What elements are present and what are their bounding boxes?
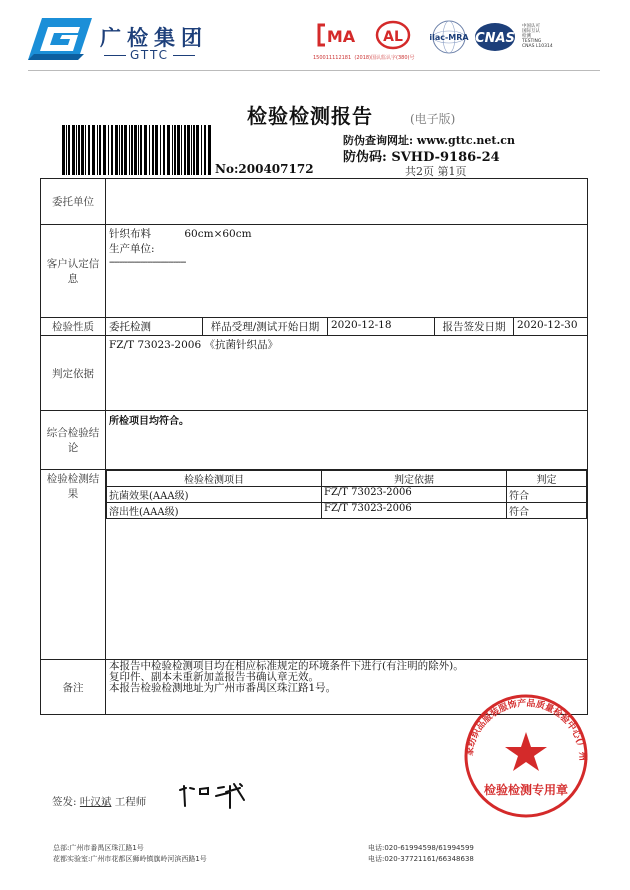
cal-cert-icon: AL	[375, 20, 411, 50]
row-results: 检验检测结果 检验检测项目 判定依据 判定 抗菌效果(AAA级) FZ/T 73…	[41, 470, 588, 660]
results-cell: 检验检测项目 判定依据 判定 抗菌效果(AAA级) FZ/T 73023-200…	[106, 470, 588, 660]
svg-text:ilac-MRA: ilac-MRA	[429, 33, 469, 42]
client-value	[106, 179, 588, 225]
signer-name: 叶汉斌	[80, 796, 112, 808]
svg-text:检验检测专用章: 检验检测专用章	[484, 782, 568, 797]
signature-line: 签发: 叶汉斌 工程师	[52, 794, 146, 809]
remarks-label: 备注	[41, 660, 106, 715]
ilac-mra-icon: ilac-MRA	[428, 20, 470, 54]
footer-addresses: 总部:广州市番禺区珠江路1号 花都实验室:广州市花都区狮岭镇旗岭河滨西路1号	[53, 843, 207, 865]
barcode-icon	[62, 125, 212, 175]
results-header-basis: 判定依据	[322, 471, 507, 487]
brand-name-en: GTTC	[100, 48, 199, 62]
cma-cert-icon: MA	[315, 22, 363, 48]
row-basis: 判定依据 FZ/T 73023-2006 《抗菌针织品》	[41, 336, 588, 411]
start-date-value: 2020-12-18	[328, 318, 435, 336]
issue-date-value: 2020-12-30	[514, 318, 588, 336]
conclusion-value: 所检项目均符合。	[106, 411, 588, 470]
results-header-row: 检验检测项目 判定依据 判定	[107, 471, 587, 487]
page-info: 共2页 第1页	[405, 163, 467, 179]
results-header-item: 检验检测项目	[107, 471, 322, 487]
gttc-logo-icon	[28, 18, 92, 60]
table-row: 溶出性(AAA级) FZ/T 73023-2006 符合	[107, 503, 587, 519]
report-title: 检验检测报告	[247, 100, 373, 129]
customer-label: 客户认定信息	[41, 225, 106, 318]
basis-label: 判定依据	[41, 336, 106, 411]
results-label: 检验检测结果	[41, 470, 106, 660]
table-row: 抗菌效果(AAA级) FZ/T 73023-2006 符合	[107, 487, 587, 503]
svg-text:CNAS: CNAS	[475, 31, 515, 46]
svg-text:AL: AL	[383, 29, 403, 45]
report-number: No:200407172	[215, 162, 314, 176]
svg-text:MA: MA	[327, 27, 356, 46]
row-client: 委托单位	[41, 179, 588, 225]
start-date-label: 样品受理/测试开始日期	[203, 318, 328, 336]
signer-title: 工程师	[115, 796, 147, 808]
results-table: 检验检测项目 判定依据 判定 抗菌效果(AAA级) FZ/T 73023-200…	[106, 470, 587, 519]
conclusion-label: 综合检验结论	[41, 411, 106, 470]
edition-label: (电子版)	[410, 110, 455, 127]
row-customer: 客户认定信息 针织布料 60cm×60cm 生产单位: ------------…	[41, 225, 588, 318]
header-divider	[28, 70, 600, 71]
customer-value: 针织布料 60cm×60cm 生产单位: -------------------…	[106, 225, 588, 318]
handwritten-signature-icon	[178, 780, 258, 810]
client-label: 委托单位	[41, 179, 106, 225]
report-table: 委托单位 客户认定信息 针织布料 60cm×60cm 生产单位: -------…	[40, 178, 588, 715]
row-conclusion: 综合检验结论 所检项目均符合。	[41, 411, 588, 470]
results-header-verdict: 判定	[507, 471, 587, 487]
cnas-cert-icon: CNAS	[470, 22, 520, 52]
issue-date-label: 报告签发日期	[435, 318, 514, 336]
basis-value: FZ/T 73023-2006 《抗菌针织品》	[106, 336, 588, 411]
official-seal-icon: 国家纺织品服装服饰产品质量检验中心(广州) 检验检测专用章	[452, 690, 600, 818]
cnas-caption: 中国认可 国际互认 检测 TESTING CNAS L10314	[522, 24, 553, 49]
row-nature: 检验性质 委托检测 样品受理/测试开始日期 2020-12-18 报告签发日期 …	[41, 318, 588, 336]
footer-phones: 电话:020-61994598/61994599 电话:020-37721161…	[368, 843, 474, 865]
cert-numbers: 150011112181 (2018)国认监认字(380)号	[313, 54, 414, 61]
nature-value: 委托检测	[106, 318, 203, 336]
nature-label: 检验性质	[41, 318, 106, 336]
